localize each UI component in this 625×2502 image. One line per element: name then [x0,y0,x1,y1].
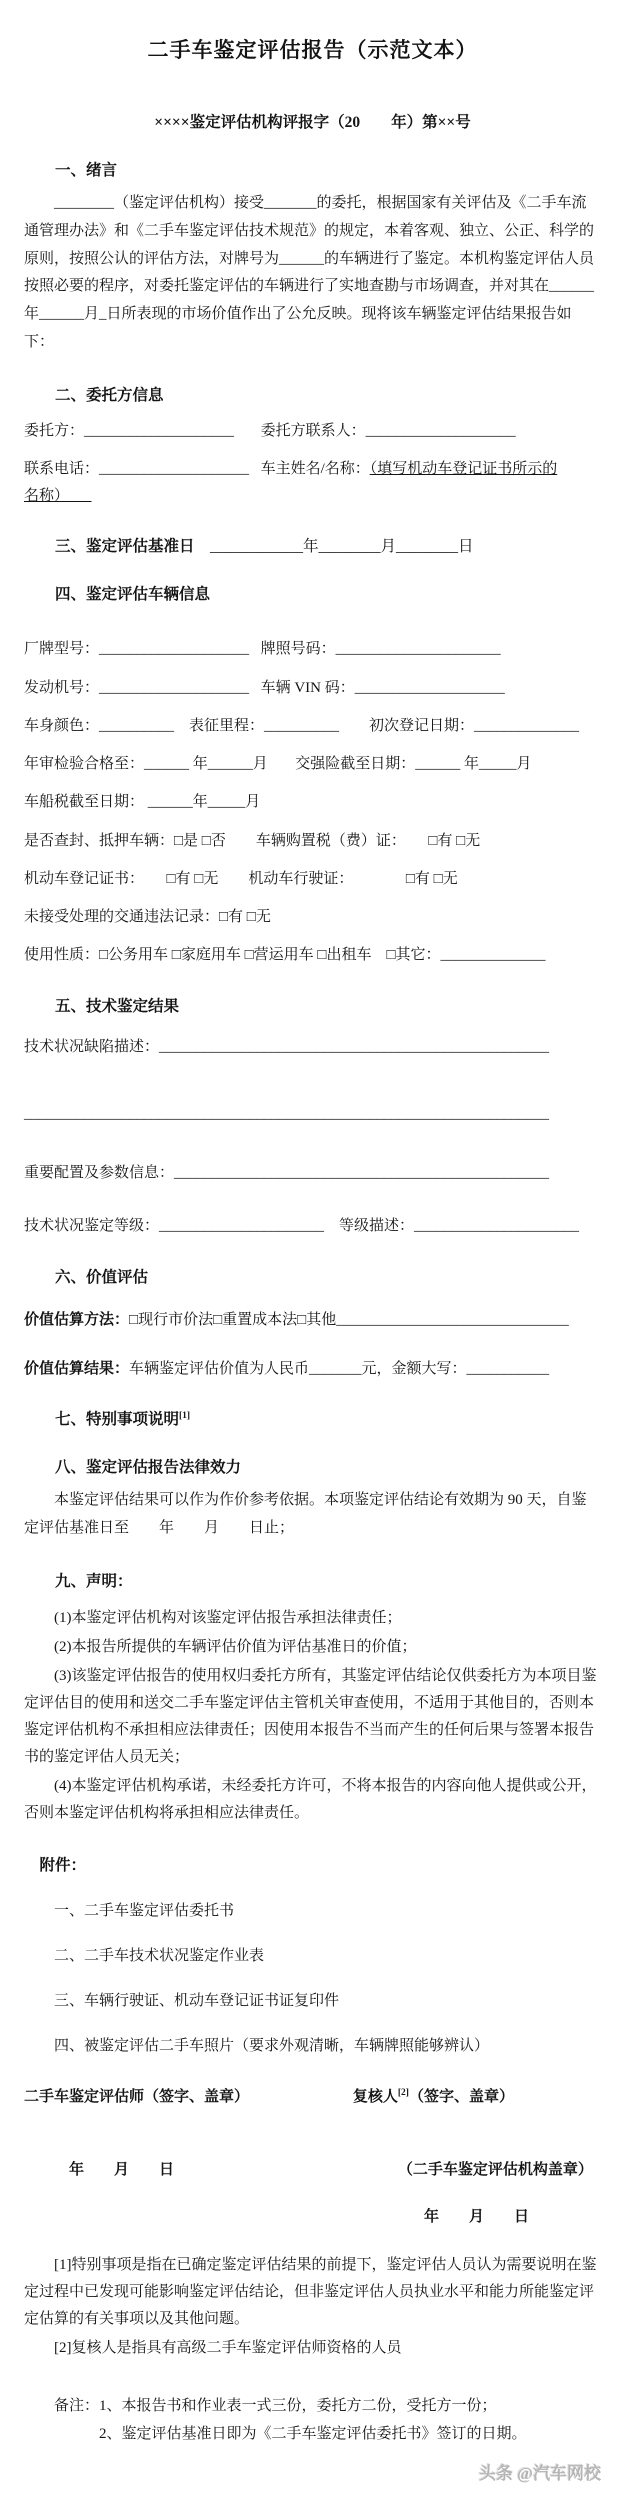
section-9-heading: 九、声明： [24,1569,601,1591]
brand-model-field: 厂牌型号：____________________ [24,638,261,661]
declaration-item-2: (2)本报告所提供的车辆评估价值为评估基准日的价值； [24,1634,601,1661]
attachment-item-3: 三、车辆行驶证、机动车登记证书证复印件 [24,1989,601,2010]
attachment-item-4: 四、被鉴定评估二手车照片（要求外观清晰，车辆牌照能够辨认） [24,2034,601,2055]
attachment-item-2: 二、二手车技术状况鉴定作业表 [24,1944,601,1965]
vehicle-row-4: 年审检验合格至：______ 年______月 交强险截至日期：______ 年… [24,753,601,776]
watermark-text: 头条 @汽车网校 [24,2459,601,2484]
section-7-heading: 七、特别事项说明[1] [24,1407,601,1429]
client-field: 委托方：____________________ [24,420,261,443]
vehicle-row-9: 使用性质：□公务用车 □家庭用车 □营运用车 □出租车 □其它：________… [24,944,601,967]
org-stamp-label: （二手车鉴定评估机构盖章） [398,2158,593,2179]
report-page: 二手车鉴定评估报告（示范文本） ××××鉴定评估机构评报字（20 年）第××号 … [0,0,625,2502]
section-8-heading: 八、鉴定评估报告法律效力 [24,1455,601,1477]
appraiser-signature-label: 二手车鉴定评估师（签字、盖章） [24,2085,353,2106]
remarks-block: 备注： 1、本报告书和作业表一式三份，委托方二份，受托方一份； 2、鉴定评估基准… [54,2392,601,2449]
footnote-ref-1: [1] [179,1411,190,1421]
valuation-method-label: 价值估算方法： [24,1312,129,1328]
phone-field: 联系电话：____________________ [24,458,261,481]
appraiser-date: 年 月 日 [24,2158,398,2179]
valuation-result-line: 价值估算结果：车辆鉴定评估价值为人民币_______元，金额大写：_______… [24,1358,601,1381]
attachment-item-1: 一、二手车鉴定评估委托书 [24,1899,601,1920]
footnote-1: [1]特别事项是指在已确定鉴定评估结果的前提下，鉴定评估人员认为需要说明在鉴定过… [24,2252,601,2333]
report-title: 二手车鉴定评估报告（示范文本） [24,34,601,64]
section-6-heading: 六、价值评估 [24,1265,601,1287]
valuation-result-text: 车辆鉴定评估价值为人民币_______元，金额大写：___________ [129,1361,549,1377]
remarks-label: 备注： [54,2392,99,2449]
vehicle-row-7: 机动车登记证书： □有 □无 机动车行驶证： □有 □无 [24,868,601,891]
owner-name-label: 车主姓名/名称： [261,461,370,477]
vehicle-row-1: 厂牌型号：____________________ 牌照号码：_________… [24,638,601,661]
intro-paragraph: ________（鉴定评估机构）接受_______的委托，根据国家有关评估及《二… [24,190,601,357]
engine-number-field: 发动机号：____________________ [24,677,261,700]
vehicle-row-2: 发动机号：____________________ 车辆 VIN 码：_____… [24,677,601,700]
remarks-items: 1、本报告书和作业表一式三份，委托方二份，受托方一份； 2、鉴定评估基准日即为《… [99,2392,527,2449]
vehicle-row-8: 未接受处理的交通违法记录：□有 □无 [24,906,601,929]
client-row-1: 委托方：____________________ 委托方联系人：________… [24,420,601,443]
footnote-2: [2]复核人是指具有高级二手车鉴定评估师资格的人员 [24,2335,601,2362]
section-4-heading: 四、鉴定评估车辆信息 [24,582,601,604]
valuation-result-label: 价值估算结果： [24,1361,129,1377]
plate-number-field: 牌照号码：______________________ [261,638,601,661]
defect-description-field: 技术状况缺陷描述：_______________________________… [24,1036,601,1059]
client-contact-field: 委托方联系人：____________________ [261,420,601,443]
owner-name-note: （填写机动车登记证书所示的 [370,461,558,477]
remark-item-1: 1、本报告书和作业表一式三份，委托方二份，受托方一份； [99,2398,497,2414]
doc-number: ××××鉴定评估机构评报字（20 年）第××号 [24,110,601,132]
remark-item-2: 2、鉴定评估基准日即为《二手车鉴定评估委托书》签订的日期。 [99,2426,527,2442]
reviewer-signature-label: 复核人[2]（签字、盖章） [353,2085,514,2106]
defect-description-line2: ________________________________________… [24,1103,601,1126]
vin-field: 车辆 VIN 码：____________________ [261,677,601,700]
attachments-heading: 附件： [24,1853,601,1875]
declaration-item-4: (4)本鉴定评估机构承诺，未经委托方许可，不将本报告的内容向他人提供或公开，否则… [24,1773,601,1827]
owner-name-field: 车主姓名/名称：（填写机动车登记证书所示的 [261,458,601,481]
vehicle-row-5: 车船税截至日期： ______年_____月 [24,791,601,814]
inspection-valid-field: 年审检验合格至：______ 年______月 [24,753,295,776]
declaration-item-3: (3)该鉴定评估报告的使用权归委托方所有，其鉴定评估结论仅供委托方为本项目鉴定评… [24,1663,601,1771]
section-3-heading-line: 三、鉴定评估基准日 ____________年________月________… [24,534,601,556]
owner-name-note-wrap: 名称） [24,485,601,508]
date-stamp-row: 年 月 日 （二手车鉴定评估机构盖章） [24,2158,601,2179]
config-params-field: 重要配置及参数信息：______________________________… [24,1162,601,1185]
footnote-ref-2: [2] [398,2088,409,2098]
validity-paragraph: 本鉴定评估结果可以作为作价参考依据。本项鉴定评估结论有效期为 90 天，自鉴定评… [24,1487,601,1543]
valuation-method-line: 价值估算方法：□现行市价法□重置成本法□其他__________________… [24,1309,601,1332]
valuation-method-options: □现行市价法□重置成本法□其他_________________________… [129,1312,569,1328]
vehicle-row-3: 车身颜色：__________ 表征里程：__________ 初次登记日期：_… [24,715,601,738]
vehicle-row-6: 是否查封、抵押车辆：□是 □否 车辆购置税（费）证： □有 □无 [24,830,601,853]
client-row-2: 联系电话：____________________ 车主姓名/名称：（填写机动车… [24,458,601,481]
insurance-valid-field: 交强险截至日期：______ 年_____月 [295,753,601,776]
section-2-heading: 二、委托方信息 [24,383,601,405]
tech-grade-field: 技术状况鉴定等级：______________________ 等级描述：___… [24,1215,601,1238]
baseline-date-blanks: ____________年________月________日 [195,538,474,555]
section-3-heading: 三、鉴定评估基准日 [55,538,195,555]
section-5-heading: 五、技术鉴定结果 [24,994,601,1016]
signature-row: 二手车鉴定评估师（签字、盖章） 复核人[2]（签字、盖章） [24,2085,601,2106]
declaration-item-1: (1)本鉴定评估机构对该鉴定评估报告承担法律责任； [24,1605,601,1632]
org-stamp-date: 年 月 日 [424,2205,601,2226]
section-1-heading: 一、绪言 [24,158,601,180]
